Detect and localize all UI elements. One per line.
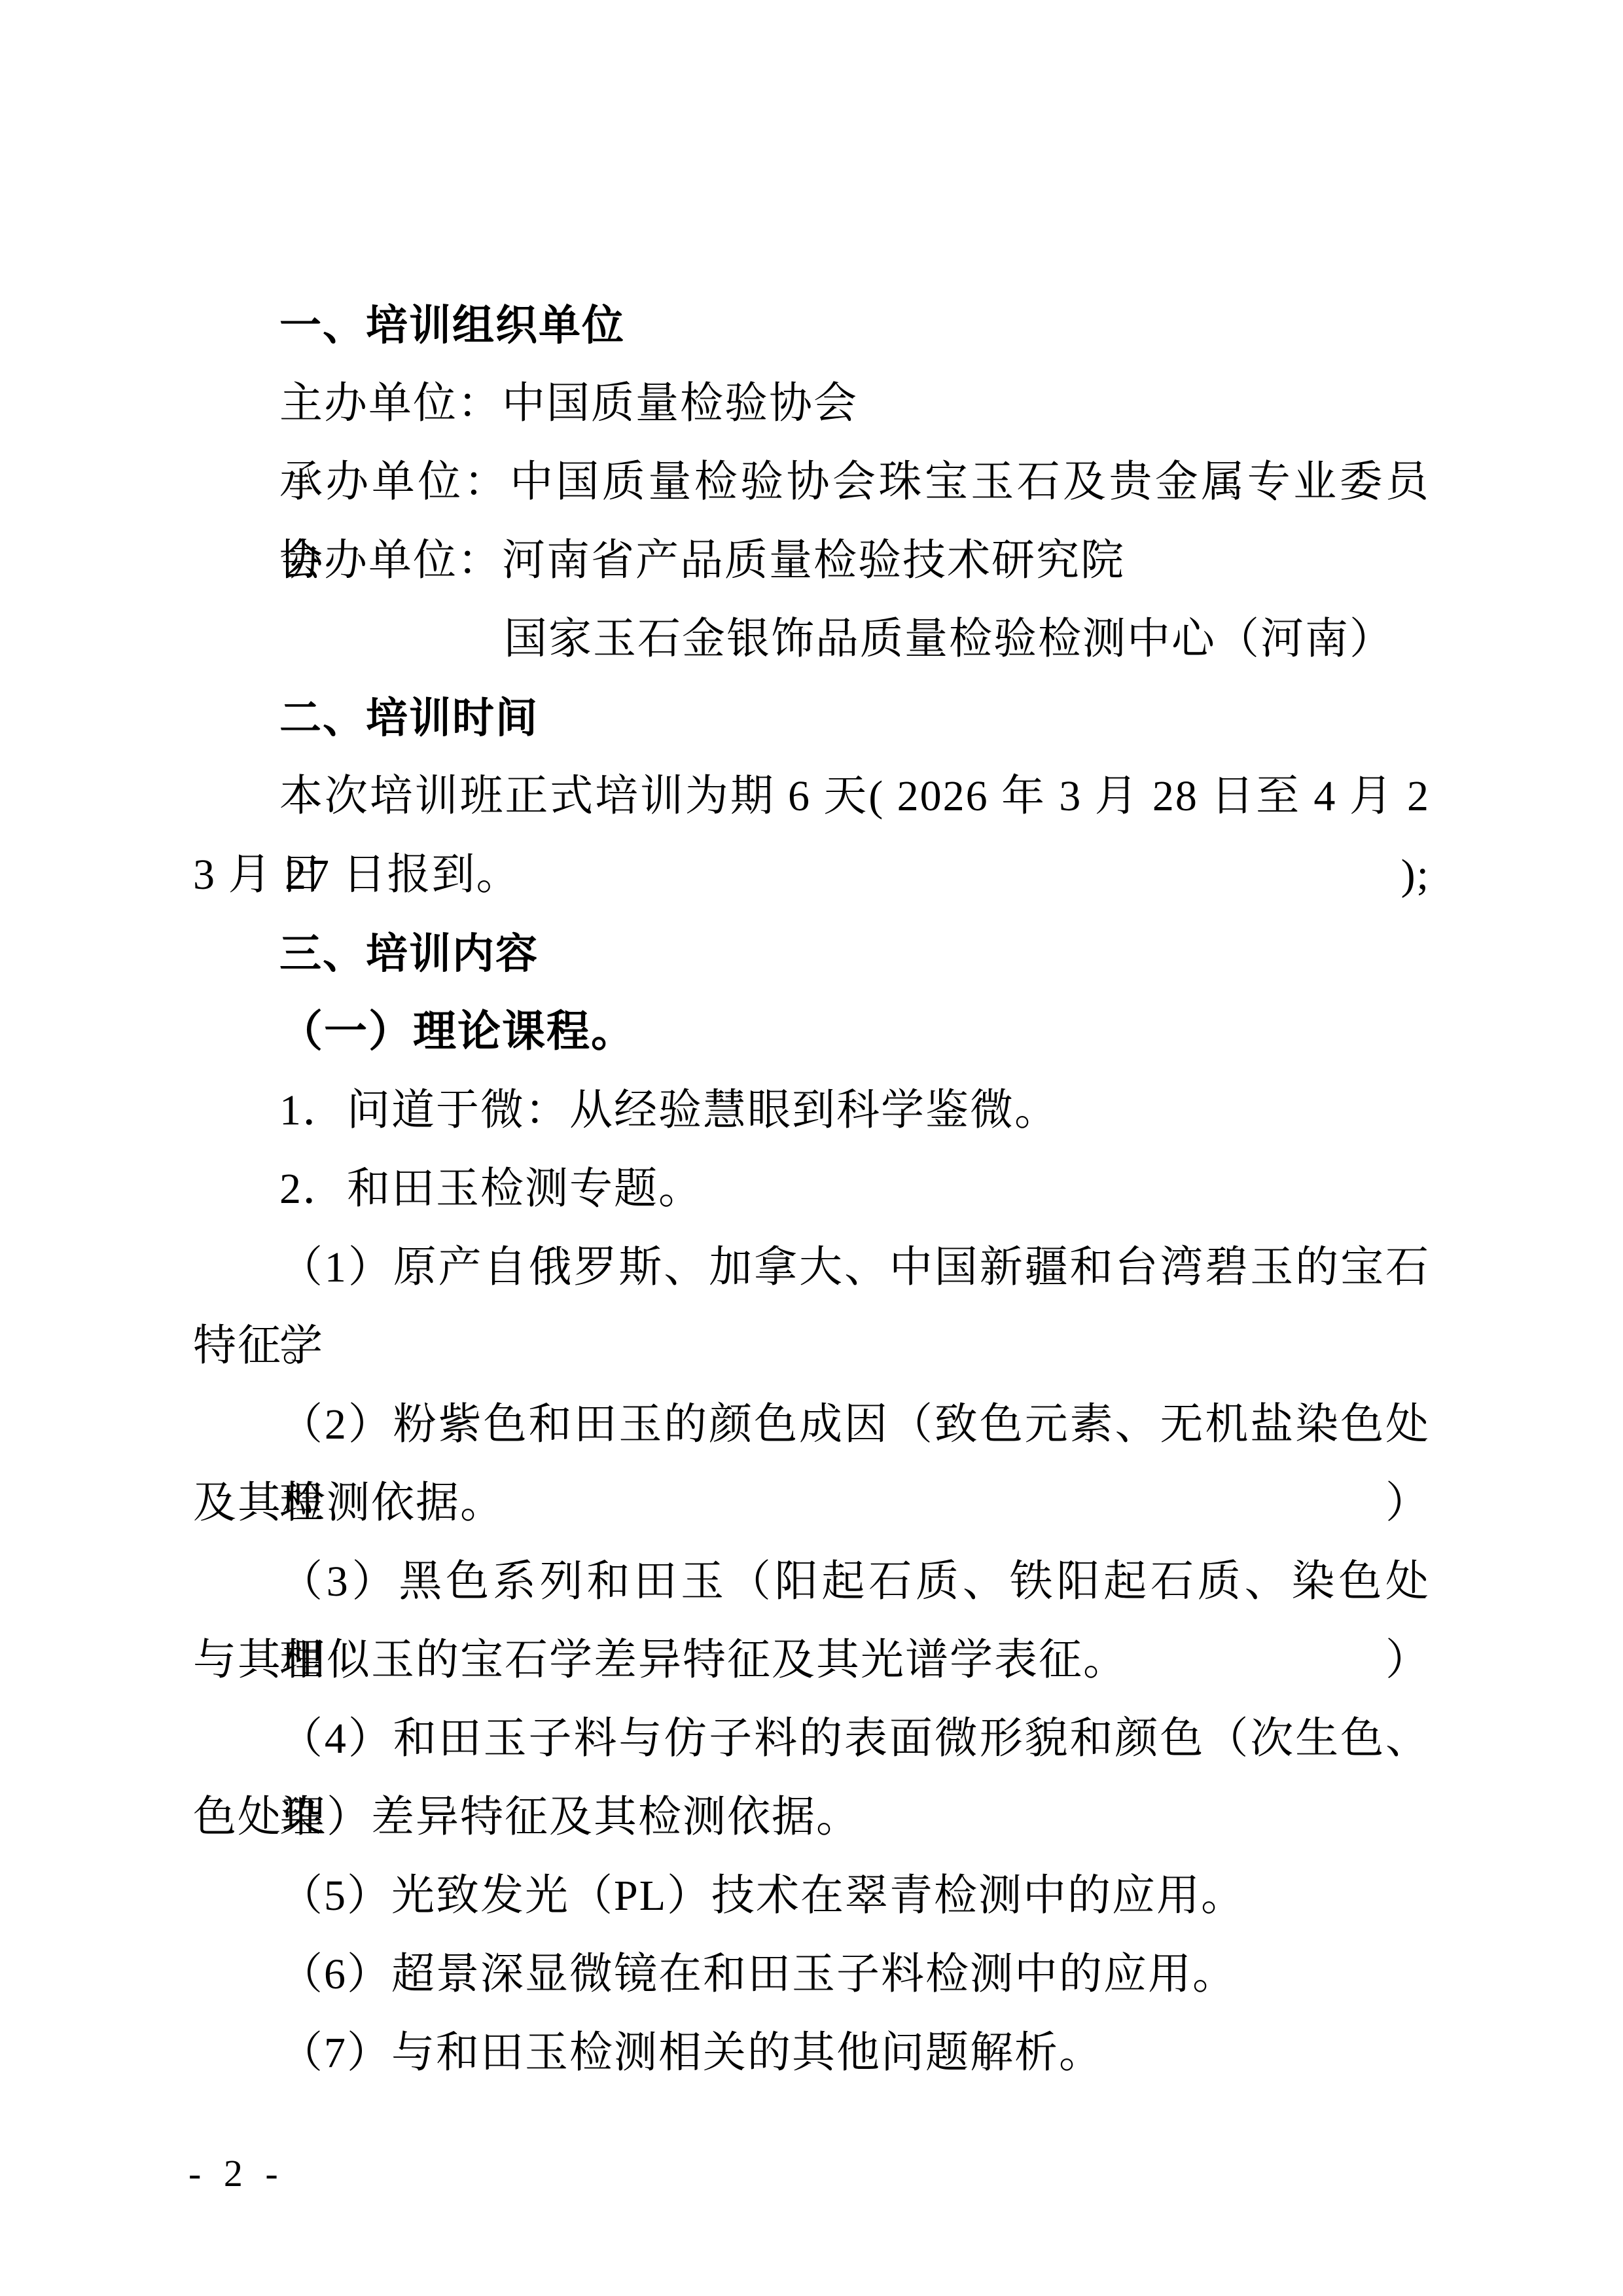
sub-heading: （一）理论课程。 [193,993,1430,1071]
paragraph-line: 承办单位：中国质量检验协会珠宝玉石及贵金属专业委员会 [193,443,1430,522]
paragraph-line: （3）黑色系列和田玉（阳起石质、铁阳起石质、染色处理） [193,1543,1430,1621]
paragraph-line: （1）原产自俄罗斯、加拿大、中国新疆和台湾碧玉的宝石学 [193,1229,1430,1307]
section-heading: 三、培训内容 [193,914,1430,993]
page-number: - 2 - [188,2144,285,2203]
paragraph-line: （2）粉紫色和田玉的颜色成因（致色元素、无机盐染色处理） [193,1386,1430,1464]
document-page: 一、培训组织单位主办单位：中国质量检验协会承办单位：中国质量检验协会珠宝玉石及贵… [0,0,1623,2296]
paragraph-line: 协办单位：河南省产品质量检验技术研究院 [193,522,1430,600]
paragraph-line: （6）超景深显微镜在和田玉子料检测中的应用。 [193,1935,1430,2014]
paragraph-line: 主办单位：中国质量检验协会 [193,365,1430,443]
section-heading: 二、培训时间 [193,679,1430,757]
paragraph-line: 2．和田玉检测专题。 [193,1150,1430,1229]
continuation-line: 色处理）差异特征及其检测依据。 [193,1778,1430,1857]
continuation-line: 特征。 [193,1307,1430,1386]
paragraph-line: （5）光致发光（PL）技术在翠青检测中的应用。 [193,1857,1430,1935]
paragraph-line: （4）和田玉子料与仿子料的表面微形貌和颜色（次生色、染 [193,1700,1430,1778]
section-heading: 一、培训组织单位 [193,286,1430,365]
hanging-line: 国家玉石金银饰品质量检验检测中心（河南） [193,600,1430,679]
document-body: 一、培训组织单位主办单位：中国质量检验协会承办单位：中国质量检验协会珠宝玉石及贵… [193,286,1430,2092]
paragraph-line: 1．问道于微：从经验慧眼到科学鉴微。 [193,1071,1430,1150]
paragraph-line: 本次培训班正式培训为期 6 天( 2026 年 3 月 28 日至 4 月 2 … [193,757,1430,836]
paragraph-line: （7）与和田玉检测相关的其他问题解析。 [193,2014,1430,2092]
